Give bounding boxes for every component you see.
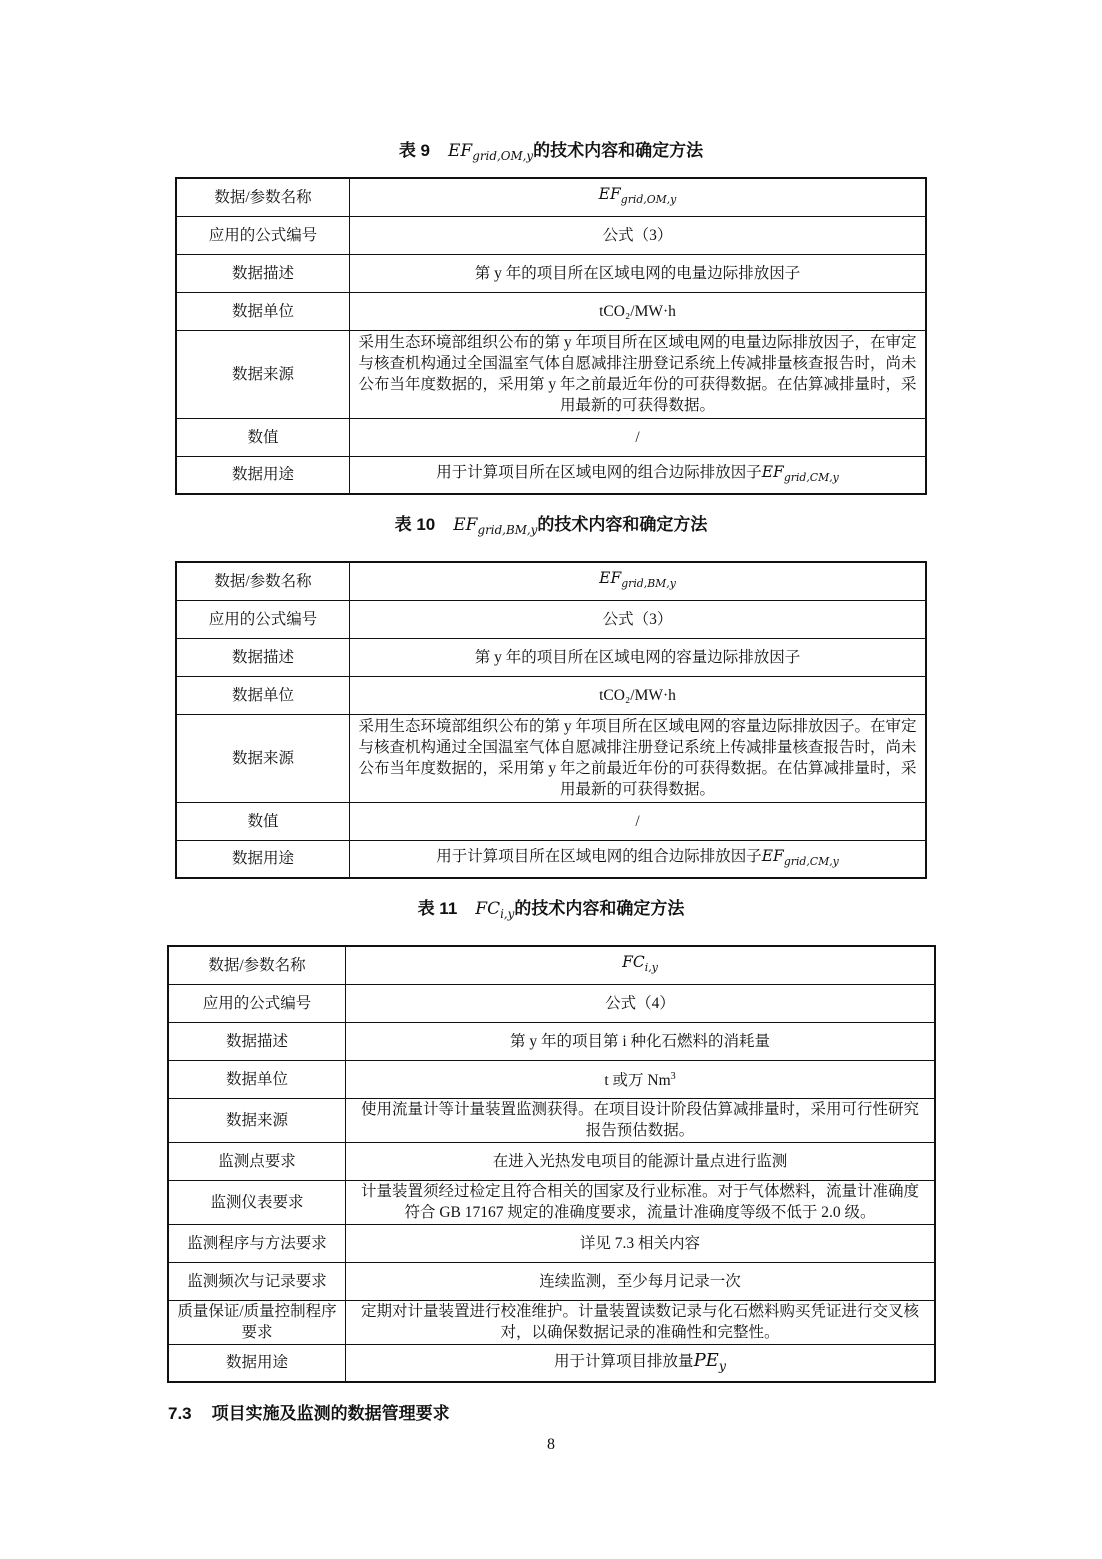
table-11-caption: 表 11FCi,y的技术内容和确定方法 [0,894,1102,921]
table-row: 数据单位t 或万 Nm3 [168,1060,935,1098]
table-row: 数据/参数名称EFgrid,OM,y [176,178,926,216]
table-9-caption: 表 9EFgrid,OM,y的技术内容和确定方法 [0,136,1102,163]
table-row: 数据单位tCO₂/MW·h [176,676,926,714]
table-row: 应用的公式编号公式（3） [176,216,926,254]
table-row: 应用的公式编号公式（3） [176,600,926,638]
table-row: 数据描述第 y 年的项目所在区域电网的容量边际排放因子 [176,638,926,676]
table-row: 数据来源采用生态环境部组织公布的第 y 年项目所在区域电网的容量边际排放因子。在… [176,714,926,802]
table-row: 质量保证/质量控制程序要求定期对计量装置进行校准维护。计量装置读数记录与化石燃料… [168,1300,935,1344]
table-row: 数据描述第 y 年的项目所在区域电网的电量边际排放因子 [176,254,926,292]
table-row: 数值/ [176,802,926,840]
table-row: 数据来源采用生态环境部组织公布的第 y 年项目所在区域电网的电量边际排放因子，在… [176,330,926,418]
table-10-caption: 表 10EFgrid,BM,y的技术内容和确定方法 [0,510,1102,537]
table-row: 数据单位tCO₂/MW·h [176,292,926,330]
section-heading: 7.3项目实施及监测的数据管理要求 [168,1399,450,1424]
table-9: 数据/参数名称EFgrid,OM,y 应用的公式编号公式（3） 数据描述第 y … [175,177,927,495]
table-row: 监测点要求在进入光热发电项目的能源计量点进行监测 [168,1142,935,1180]
table-row: 数据用途用于计算项目排放量PEy [168,1344,935,1382]
table-row: 监测仪表要求计量装置须经过检定且符合相关的国家及行业标准。对于气体燃料，流量计准… [168,1180,935,1224]
table-row: 数据来源使用流量计等计量装置监测获得。在项目设计阶段估算减排量时，采用可行性研究… [168,1098,935,1142]
table-row: 应用的公式编号公式（4） [168,984,935,1022]
table-row: 数据用途用于计算项目所在区域电网的组合边际排放因子EFgrid,CM,y [176,840,926,878]
table-row: 监测程序与方法要求详见 7.3 相关内容 [168,1224,935,1262]
table-row: 数值/ [176,418,926,456]
table-row: 数据/参数名称EFgrid,BM,y [176,562,926,600]
page-number: 8 [0,1436,1102,1454]
table-11: 数据/参数名称FCi,y 应用的公式编号公式（4） 数据描述第 y 年的项目第 … [167,945,936,1383]
table-10: 数据/参数名称EFgrid,BM,y 应用的公式编号公式（3） 数据描述第 y … [175,561,927,879]
table-row: 数据用途用于计算项目所在区域电网的组合边际排放因子EFgrid,CM,y [176,456,926,494]
table-row: 监测频次与记录要求连续监测，至少每月记录一次 [168,1262,935,1300]
table-row: 数据描述第 y 年的项目第 i 种化石燃料的消耗量 [168,1022,935,1060]
table-row: 数据/参数名称FCi,y [168,946,935,984]
